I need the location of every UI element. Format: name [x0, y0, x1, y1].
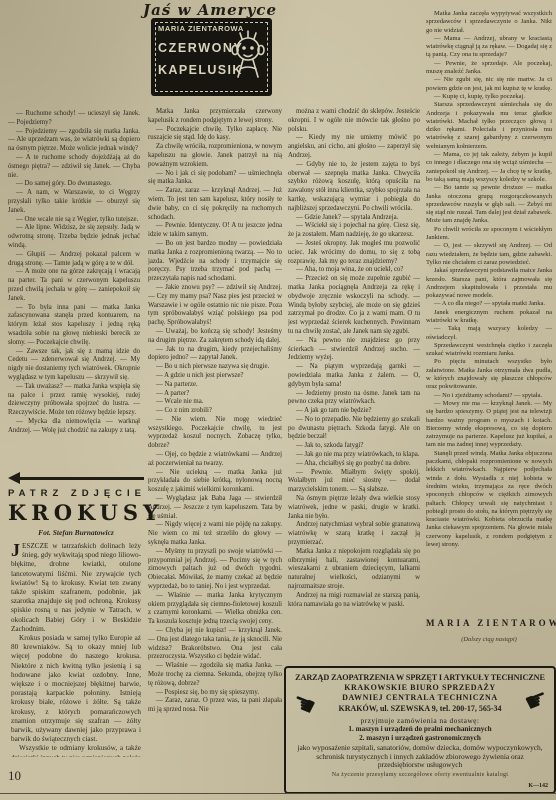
paragraph: — Ojej, co będzie z wiatrówkami — Andrze… [148, 451, 282, 469]
paragraph: — Mama, co jej tak zależy, żebym ja kupi… [426, 151, 552, 184]
paragraph: — Wyglądasz jak Baba Jaga — stwierdził A… [148, 495, 282, 521]
paragraph: Stanęli przed windą. Matka Janka objuczo… [426, 450, 552, 550]
lead-paragraph: JESZCZE w tatrzańskich dolinach leży śni… [11, 542, 141, 634]
left-arrow-icon [8, 474, 144, 484]
paragraph: Jakaś sprzedawczyni podstawiła matce Jan… [426, 267, 552, 300]
paragraph: — Zaraz, zaraz. O przez was, ta pani zła… [148, 697, 282, 715]
story-column-4: Matka Janka zaczęła wypytywać wszystkich… [426, 10, 552, 612]
paragraph: — Wściekł się i pojechał na górę. Ciesz … [288, 222, 420, 240]
paragraph: — Nie wiem. Nie mogę wiedzieć wszystkieg… [148, 416, 282, 451]
paragraph: — Pojedziemy — zgodziła się matka Janka.… [8, 128, 140, 154]
paragraph: — Jedziemy prosto na ósme. Janek tam na … [288, 390, 420, 408]
photo-credit: Fot. Stefan Burnatowicz [8, 528, 144, 537]
ad-code: K—142 [528, 783, 548, 789]
author-signature: MARIA ZIENTAROWA [426, 618, 552, 628]
paragraph: Za chwilę wróciła, rozpromieniona, w now… [148, 143, 282, 169]
sidebar-title: KROKUSY [8, 501, 144, 525]
paragraph: — Mycka dla niemowlęcia — warknął Andrze… [8, 418, 140, 436]
ad-item-list: 1. maszyn i urządzeń do pralni mechanicz… [286, 725, 554, 742]
paragraph: — Na pewno nie znajdziesz go przy ścierk… [288, 337, 420, 363]
paragraph: — No i jak ci się podobam? — uśmiechnęła… [148, 170, 282, 188]
paragraph: — A gdzie u nich jest pierwsze? [148, 372, 282, 381]
paragraph: — A co dla niego? — spytała matki Janka. [426, 300, 552, 308]
paragraph: — Właśnie — zgodziła się matka Janka. — … [148, 662, 282, 688]
paragraph: — Przecież on się może zupełnie zgubić —… [288, 275, 420, 337]
paragraph: — Gdyby nie to, że jestem zajęta to byś … [288, 161, 420, 214]
paragraph: — Bo on jest bardzo modny — powiedziała … [148, 240, 282, 284]
paragraph: — One wcale nie są z Węgier, tylko tutej… [8, 216, 140, 225]
paragraph: — O, jest — skrzywił się Andrzej. — Od r… [426, 242, 552, 267]
paragraph: — Zawsze tak, jak się z mamą idzie do Ce… [8, 348, 140, 383]
ad-address: KRAKÓW, ul. SZEWSKA 9, tel. 200-17, 565-… [286, 704, 554, 713]
paragraph: — Głupiś — Andrzej pokazał palcem w drug… [8, 251, 140, 269]
paragraph: — Uważaj, bo kończą się schody! Jesteśmy… [148, 328, 282, 346]
magazine-page: Jaś w Ameryce MARIA ZIENTAROWA CZERWONY … [0, 0, 556, 800]
sidebar-overline: PATRZ ZDJĘCIE [8, 488, 144, 499]
author-name: MARIA ZIENTAROWA [158, 24, 236, 33]
paragraph: Starsza sprzedawczyni uśmiechała się do … [426, 101, 552, 151]
paragraph: — Jak go nie ma przy wiatrówkach, to kla… [288, 451, 420, 460]
paragraph: — To była inna pani — matka Janka zafasc… [8, 304, 140, 348]
paragraph: Matka Janka zaczęła wypytywać wszystkich… [426, 10, 552, 35]
paragraph: — Na parterze. [148, 381, 282, 390]
paragraph: — Do samej góry. Do dwunastego. [8, 180, 140, 189]
paragraph: — Ruchome schody! — ucieszył się Janek. … [8, 110, 140, 128]
sidebar-body: JESZCZE w tatrzańskich dolinach leży śni… [11, 542, 141, 757]
arrow-shaft [18, 477, 144, 480]
paragraph: — Taką mają wszyscy koledzy — oświadczył… [426, 325, 552, 342]
paragraph: — Aha, chciałbyś się go pozbyć na dobre. [288, 460, 420, 469]
drop-cap: J [11, 542, 22, 558]
paragraph: — Nigdy więcej z wami nie pójdę na zakup… [148, 521, 282, 547]
paragraph: — Mama — Andrzej, ubrany w kraciastą wia… [426, 35, 552, 60]
paragraph: — Jakie znowu psy? — zdziwił się Andrzej… [148, 284, 282, 328]
krokusy-sidebar: PATRZ ZDJĘCIE KROKUSY Fot. Stefan Burnat… [8, 474, 144, 757]
paragraph: — Jak to, szkoda fatygi? [288, 442, 420, 451]
story-column-3: można z wami chodzić do sklepów. Jesteśc… [288, 108, 420, 660]
paragraph: — Ale lipne. Widzisz, że się zepsuły. Ja… [8, 224, 140, 250]
paragraph: — Bo tamte są pewnie droższe — matka Jan… [426, 184, 552, 225]
paragraph: — Chyba jej nie kupisz! — krzyknął Janek… [148, 627, 282, 662]
ad-footnote: Na życzenie przesyłamy szczegółowe ofert… [286, 772, 554, 778]
paragraph: — No i zjeżdżamy schodami? — spytała. [426, 392, 552, 400]
ad-subline-2: DAWNIEJ CENTRALA TECHNICZNA [286, 693, 554, 702]
paragraph: — A może one na górze zakręcają i wracaj… [8, 268, 140, 303]
paragraph: można z wami chodzić do sklepów. Jesteśc… [288, 108, 420, 134]
paragraph: Matka Janka z niepokojem rozglądała się … [288, 548, 420, 592]
ad-headline: ZARZĄD ZAOPATRZENIA W SPRZĘT I ARTYKUŁY … [286, 673, 554, 682]
paragraph: — Na piątym wyprzedają garnki — powiedzi… [288, 363, 420, 389]
paragraph: — Kupię ci, kupię, tylko poczekaj. [426, 93, 552, 101]
sidebar-paragraphs: Krokus posiada w samej tylko Europie aż … [11, 634, 141, 757]
paragraph: — Pewnie. Identyczny. O! A tu jeszcze je… [148, 222, 282, 240]
page-number: 10 [8, 768, 21, 784]
ad-subline-1: KRAKOWSKIE BIURO SPRZEDAŻY [286, 683, 554, 692]
paragraph: — Myśmy tu przyszli po swoje wiatrówki —… [148, 548, 282, 592]
paragraph: — Jesteś okropny. Jak mogłeś mu pozwolić… [288, 240, 420, 266]
paragraph: Na ósmym piętrze leżały dwa wielkie stos… [288, 495, 420, 521]
paragraph: Matka Janka przymierzała czerwony kapelu… [148, 108, 282, 126]
paragraph: Andrzej natychmiast wybrał sobie granato… [288, 521, 420, 547]
paragraph: 2. maszyn i urządzeń gastronomicznych [286, 734, 554, 743]
paragraph: 1. maszyn i urządzeń do pralni mechanicz… [286, 725, 554, 734]
paragraph: — A parter? [148, 390, 282, 399]
paragraph: — Kiedy my nie umiemy mówić po angielsku… [288, 134, 420, 160]
paragraph: Po pięciu minutach wszystko było załatwi… [426, 358, 552, 391]
paragraph: — Gdzie Janek? — spytała Andrzeja. [288, 214, 420, 223]
paragraph: Janek energicznym ruchem pokazał na wiat… [426, 309, 552, 326]
paragraph: — Jak to na drugim, kiedy przejechaliśmy… [148, 346, 282, 364]
story-column-1: — Ruchome schody! — ucieszył się Janek. … [8, 110, 140, 470]
paragraph: — Co z nim zrobili? [148, 407, 282, 416]
paragraph: — Pewnie, że sprzedaje. Ale poczekaj, mu… [426, 60, 552, 77]
paragraph: Po chwili wróciła ze spoconym i wściekły… [426, 226, 552, 243]
paragraph: — A te ruchome schody dojeżdżają aż do ó… [8, 154, 140, 180]
paragraph: Andrzej na migi rozmawiał ze starszą pan… [288, 592, 420, 610]
paragraph: Krokus posiada w samej tylko Europie aż … [11, 634, 141, 744]
paragraph: Wszystkie te odmiany krokusów, a także d… [11, 744, 141, 757]
paragraph: — No to przepadło. Nie będziemy go szuka… [288, 416, 420, 442]
paragraph: — Pewnie. Miałbym święty spokój. Wolałby… [288, 469, 420, 495]
story-header-box: MARIA ZIENTAROWA CZERWONY KAPELUSIK [152, 19, 271, 95]
boy-face-icon [227, 29, 269, 85]
paragraph: — Mowy nie ma — krzyknął Janek. — My się… [426, 400, 552, 450]
advertisement: ☚ ☛ ZARZĄD ZAOPATRZENIA W SPRZĘT I ARTYK… [284, 666, 556, 794]
bottom-rule [0, 793, 556, 794]
paragraph: Sprzedawczyni westchnęła ciężko i zaczęł… [426, 342, 552, 359]
continuation-note: (Dalszy ciąg nastąpi) [426, 636, 552, 643]
paragraph: — Aha, to moja wina, że on uciekł, co? [288, 266, 420, 275]
story-column-2: Matka Janka przymierzała czerwony kapelu… [148, 108, 282, 796]
ad-body-text: jako wyposażenie szpitali, sanatoriów, d… [296, 744, 544, 770]
paragraph: — Zaraz, zaraz — krzyknął Andrzej. — Już… [148, 187, 282, 222]
lead-text: ESZCZE w tatrzańskich dolinach leży śnie… [11, 542, 141, 633]
paragraph: — Wcale nie ma. [148, 398, 282, 407]
paragraph: — Bo u nich pierwsze nazywa się drugie. [148, 363, 282, 372]
paragraph: — Nie uciekną — matka Janka już przykład… [148, 469, 282, 495]
paragraph: — Właśnie — matka Janka krytycznym okiem… [148, 592, 282, 627]
paragraph: — A jak go tam nie będzie? [288, 407, 420, 416]
paragraph: — Pospiesz się, bo my się spieszymy. [148, 689, 282, 698]
ad-intro: przyjmuje zamówienia na dostawę: [286, 716, 554, 725]
paragraph: — Tak uważasz? — matka Janka wspięła się… [8, 383, 140, 418]
paragraph: — Poczekajcie chwilę. Tylko zapłacę. Nie… [148, 126, 282, 144]
paragraph: — Nie zgubi się, nic się nie martw. Ja c… [426, 76, 552, 93]
page-title: Jaś w Ameryce [110, 1, 310, 19]
paragraph: — A nam, w Warszawie, to ci Węgrzy przys… [8, 189, 140, 215]
